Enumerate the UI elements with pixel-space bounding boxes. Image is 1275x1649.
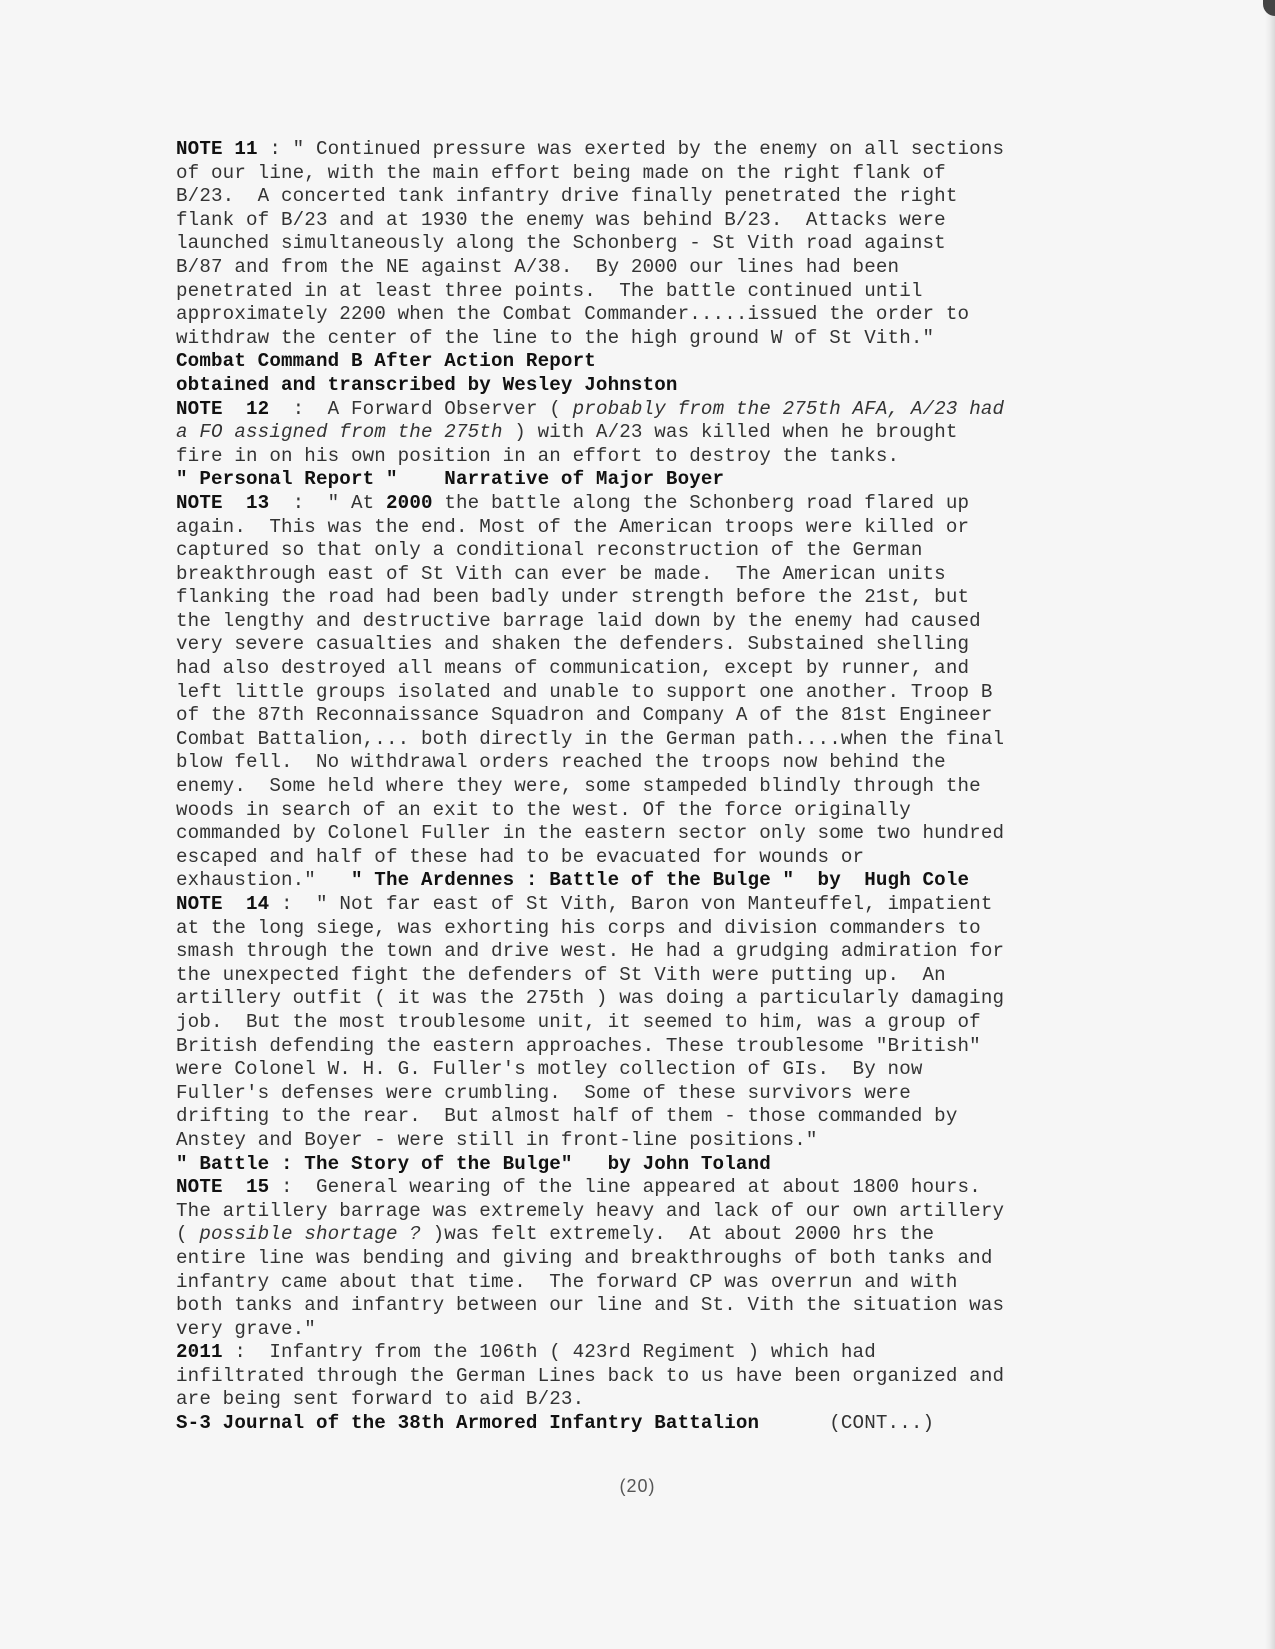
text-segment: flanking the road had been badly under s… <box>176 586 969 608</box>
text-line: flanking the road had been badly under s… <box>176 586 1076 610</box>
text-line: approximately 2200 when the Combat Comma… <box>176 303 1076 327</box>
text-line: entire line was bending and giving and b… <box>176 1247 1076 1271</box>
bold-text: " Personal Report " Narrative of Major B… <box>176 468 724 490</box>
text-line: flank of B/23 and at 1930 the enemy was … <box>176 209 1076 233</box>
text-segment: flank of B/23 and at 1930 the enemy was … <box>176 209 946 231</box>
text-line: the unexpected fight the defenders of St… <box>176 964 1076 988</box>
text-line: at the long siege, was exhorting his cor… <box>176 917 1076 941</box>
text-line: British defending the eastern approaches… <box>176 1035 1076 1059</box>
text-line: fire in on his own position in an effort… <box>176 445 1076 469</box>
text-segment: infiltrated through the German Lines bac… <box>176 1365 1004 1387</box>
text-segment: The artillery barrage was extremely heav… <box>176 1200 1004 1222</box>
text-line: exhaustion." " The Ardennes : Battle of … <box>176 869 1076 893</box>
text-segment: B/23. A concerted tank infantry drive fi… <box>176 185 958 207</box>
text-segment: (CONT...) <box>759 1412 934 1434</box>
text-segment: ) with A/23 was killed when he brought <box>503 421 958 443</box>
text-segment: Anstey and Boyer - were still in front-l… <box>176 1129 818 1151</box>
bold-text: 2000 <box>386 492 433 514</box>
text-line: Fuller's defenses were crumbling. Some o… <box>176 1082 1076 1106</box>
text-line: escaped and half of these had to be evac… <box>176 846 1076 870</box>
text-segment: entire line was bending and giving and b… <box>176 1247 993 1269</box>
bold-text: 2011 <box>176 1341 223 1363</box>
text-segment: commanded by Colonel Fuller in the easte… <box>176 822 1004 844</box>
bold-text: Combat Command B After Action Report <box>176 350 596 372</box>
text-segment: B/87 and from the NE against A/38. By 20… <box>176 256 899 278</box>
text-segment: the lengthy and destructive barrage laid… <box>176 610 981 632</box>
text-segment: woods in search of an exit to the west. … <box>176 799 911 821</box>
text-line: left little groups isolated and unable t… <box>176 681 1076 705</box>
text-line: " Battle : The Story of the Bulge" by Jo… <box>176 1153 1076 1177</box>
text-line: commanded by Colonel Fuller in the easte… <box>176 822 1076 846</box>
text-segment: had also destroyed all means of communic… <box>176 657 969 679</box>
bold-text: S-3 Journal of the 38th Armored Infantry… <box>176 1412 759 1434</box>
text-segment: at the long siege, was exhorting his cor… <box>176 917 981 939</box>
text-line: enemy. Some held where they were, some s… <box>176 775 1076 799</box>
text-line: infiltrated through the German Lines bac… <box>176 1365 1076 1389</box>
text-line: NOTE 12 : A Forward Observer ( probably … <box>176 398 1076 422</box>
text-segment: infantry came about that time. The forwa… <box>176 1271 958 1293</box>
text-segment: Combat Battalion,... both directly in th… <box>176 728 1004 750</box>
bold-text: NOTE 14 <box>176 893 269 915</box>
text-segment: penetrated in at least three points. The… <box>176 280 923 302</box>
text-line: artillery outfit ( it was the 275th ) wa… <box>176 987 1076 1011</box>
text-segment: ( <box>176 1223 199 1245</box>
text-line: " Personal Report " Narrative of Major B… <box>176 468 1076 492</box>
text-segment: fire in on his own position in an effort… <box>176 445 899 467</box>
text-line: smash through the town and drive west. H… <box>176 940 1076 964</box>
bold-text: " The Ardennes : Battle of the Bulge " b… <box>351 869 969 891</box>
text-segment: exhaustion." <box>176 869 351 891</box>
text-line: very grave." <box>176 1318 1076 1342</box>
bold-text: obtained and transcribed by Wesley Johns… <box>176 374 678 396</box>
text-segment: job. But the most troublesome unit, it s… <box>176 1011 981 1033</box>
text-segment: enemy. Some held where they were, some s… <box>176 775 981 797</box>
italic-text: possible shortage ? <box>199 1223 421 1245</box>
text-line: penetrated in at least three points. The… <box>176 280 1076 304</box>
text-line: woods in search of an exit to the west. … <box>176 799 1076 823</box>
text-segment: )was felt extremely. At about 2000 hrs t… <box>421 1223 934 1245</box>
text-segment: approximately 2200 when the Combat Comma… <box>176 303 969 325</box>
page-edge-shadow <box>1265 0 1275 1649</box>
text-line: Anstey and Boyer - were still in front-l… <box>176 1129 1076 1153</box>
text-line: 2011 : Infantry from the 106th ( 423rd R… <box>176 1341 1076 1365</box>
text-line: were Colonel W. H. G. Fuller's motley co… <box>176 1058 1076 1082</box>
text-line: The artillery barrage was extremely heav… <box>176 1200 1076 1224</box>
text-segment: of the 87th Reconnaissance Squadron and … <box>176 704 993 726</box>
bold-text: " Battle : The Story of the Bulge" by Jo… <box>176 1153 771 1175</box>
text-segment: : " At <box>269 492 386 514</box>
text-segment: : " Not far east of St Vith, Baron von M… <box>269 893 992 915</box>
text-segment: blow fell. No withdrawal orders reached … <box>176 751 946 773</box>
text-segment: both tanks and infantry between our line… <box>176 1294 1004 1316</box>
text-segment: left little groups isolated and unable t… <box>176 681 993 703</box>
bold-text: NOTE 15 <box>176 1176 269 1198</box>
text-line: blow fell. No withdrawal orders reached … <box>176 751 1076 775</box>
text-line: B/23. A concerted tank infantry drive fi… <box>176 185 1076 209</box>
text-line: NOTE 11 : " Continued pressure was exert… <box>176 138 1076 162</box>
text-segment: Fuller's defenses were crumbling. Some o… <box>176 1082 911 1104</box>
text-segment: : Infantry from the 106th ( 423rd Regime… <box>223 1341 876 1363</box>
text-line: ( possible shortage ? )was felt extremel… <box>176 1223 1076 1247</box>
text-line: NOTE 14 : " Not far east of St Vith, Bar… <box>176 893 1076 917</box>
bold-text: NOTE 13 <box>176 492 269 514</box>
text-segment: artillery outfit ( it was the 275th ) wa… <box>176 987 1004 1009</box>
text-line: captured so that only a conditional reco… <box>176 539 1076 563</box>
text-segment: very severe casualties and shaken the de… <box>176 633 969 655</box>
text-line: Combat Command B After Action Report <box>176 350 1076 374</box>
text-segment: escaped and half of these had to be evac… <box>176 846 864 868</box>
text-line: NOTE 13 : " At 2000 the battle along the… <box>176 492 1076 516</box>
text-line: of our line, with the main effort being … <box>176 162 1076 186</box>
text-line: are being sent forward to aid B/23. <box>176 1388 1076 1412</box>
italic-text: a FO assigned from the 275th <box>176 421 503 443</box>
text-segment: the unexpected fight the defenders of St… <box>176 964 946 986</box>
text-segment: breakthrough east of St Vith can ever be… <box>176 563 946 585</box>
text-segment: very grave." <box>176 1318 316 1340</box>
text-line: again. This was the end. Most of the Ame… <box>176 516 1076 540</box>
document-body: NOTE 11 : " Continued pressure was exert… <box>176 138 1076 1436</box>
bold-text: NOTE 11 <box>176 138 258 160</box>
text-segment: : " Continued pressure was exerted by th… <box>258 138 1005 160</box>
text-segment: British defending the eastern approaches… <box>176 1035 981 1057</box>
bold-text: NOTE 12 <box>176 398 269 420</box>
text-segment: drifting to the rear. But almost half of… <box>176 1105 958 1127</box>
text-line: withdraw the center of the line to the h… <box>176 327 1076 351</box>
text-segment: again. This was the end. Most of the Ame… <box>176 516 969 538</box>
text-line: drifting to the rear. But almost half of… <box>176 1105 1076 1129</box>
text-line: S-3 Journal of the 38th Armored Infantry… <box>176 1412 1076 1436</box>
text-line: very severe casualties and shaken the de… <box>176 633 1076 657</box>
text-segment: of our line, with the main effort being … <box>176 162 946 184</box>
text-segment: : General wearing of the line appeared a… <box>269 1176 981 1198</box>
text-segment: were Colonel W. H. G. Fuller's motley co… <box>176 1058 923 1080</box>
text-segment: the battle along the Schonberg road flar… <box>433 492 970 514</box>
text-segment: : A Forward Observer ( <box>269 398 572 420</box>
text-line: Combat Battalion,... both directly in th… <box>176 728 1076 752</box>
text-line: had also destroyed all means of communic… <box>176 657 1076 681</box>
text-line: a FO assigned from the 275th ) with A/23… <box>176 421 1076 445</box>
text-segment: withdraw the center of the line to the h… <box>176 327 934 349</box>
text-segment: are being sent forward to aid B/23. <box>176 1388 584 1410</box>
text-segment: captured so that only a conditional reco… <box>176 539 923 561</box>
italic-text: probably from the 275th AFA, A/23 had <box>573 398 1005 420</box>
text-line: B/87 and from the NE against A/38. By 20… <box>176 256 1076 280</box>
text-line: the lengthy and destructive barrage laid… <box>176 610 1076 634</box>
text-line: obtained and transcribed by Wesley Johns… <box>176 374 1076 398</box>
text-line: job. But the most troublesome unit, it s… <box>176 1011 1076 1035</box>
text-line: infantry came about that time. The forwa… <box>176 1271 1076 1295</box>
text-line: breakthrough east of St Vith can ever be… <box>176 563 1076 587</box>
page-number: (20) <box>0 1476 1275 1497</box>
text-segment: smash through the town and drive west. H… <box>176 940 1004 962</box>
text-segment: launched simultaneously along the Schonb… <box>176 232 946 254</box>
text-line: NOTE 15 : General wearing of the line ap… <box>176 1176 1076 1200</box>
text-line: both tanks and infantry between our line… <box>176 1294 1076 1318</box>
text-line: launched simultaneously along the Schonb… <box>176 232 1076 256</box>
text-line: of the 87th Reconnaissance Squadron and … <box>176 704 1076 728</box>
